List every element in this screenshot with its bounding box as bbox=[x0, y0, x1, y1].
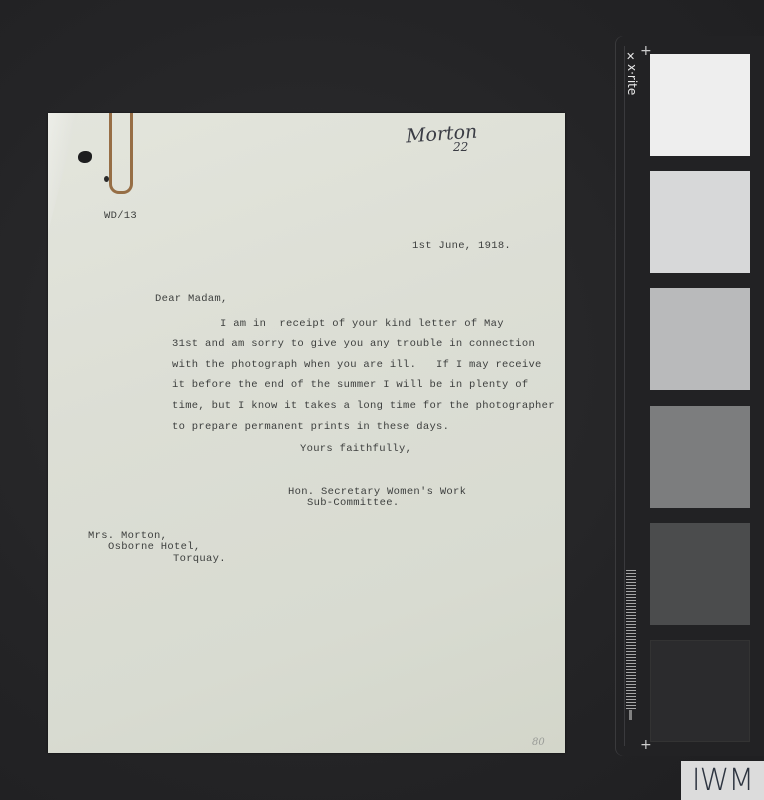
gray-patch-5 bbox=[650, 523, 750, 625]
crosshair-icon-bottom: + bbox=[640, 738, 652, 752]
gray-patch-4 bbox=[650, 406, 750, 508]
body-line-1: I am in receipt of your kind letter of M… bbox=[220, 319, 504, 330]
xrite-logo-icon: ✕ bbox=[626, 50, 635, 63]
rusted-staple-mark bbox=[109, 113, 133, 194]
pencil-mark: 80 bbox=[532, 737, 545, 748]
signature-line-2: Sub-Committee. bbox=[307, 498, 399, 509]
closing: Yours faithfully, bbox=[300, 444, 412, 455]
salutation: Dear Madam, bbox=[155, 294, 228, 305]
scale-ruler bbox=[626, 570, 636, 710]
checker-edge-line bbox=[624, 46, 625, 746]
paper-fold bbox=[48, 113, 78, 233]
body-line-2: 31st and am sorry to give you any troubl… bbox=[172, 339, 535, 350]
recipient-line-1: Mrs. Morton, bbox=[88, 531, 167, 542]
gray-patch-6 bbox=[650, 640, 750, 742]
iwm-watermark: IWM bbox=[681, 761, 764, 800]
letter-date: 1st June, 1918. bbox=[412, 241, 511, 252]
ruler-label bbox=[629, 710, 632, 720]
gray-patch-1 bbox=[650, 54, 750, 156]
brand-text: x·rite bbox=[625, 64, 639, 95]
recipient-line-2: Osborne Hotel, bbox=[108, 542, 200, 553]
punch-hole bbox=[78, 151, 92, 163]
reference-code: WD/13 bbox=[104, 211, 137, 222]
xrite-brand: ✕ x·rite bbox=[622, 50, 642, 110]
body-line-6: to prepare permanent prints in these day… bbox=[172, 422, 449, 433]
gray-patch-3 bbox=[650, 288, 750, 390]
signature-line-1: Hon. Secretary Women's Work bbox=[288, 487, 466, 498]
body-line-3: with the photograph when you are ill. If… bbox=[172, 360, 542, 371]
recipient-line-3: Torquay. bbox=[173, 554, 226, 565]
gray-patch-2 bbox=[650, 171, 750, 273]
color-checker-card: ✕ x·rite + + bbox=[616, 36, 764, 756]
body-line-5: time, but I know it takes a long time fo… bbox=[172, 401, 555, 412]
staple-hole bbox=[104, 176, 109, 182]
letter-page: Morton 22 WD/13 1st June, 1918. Dear Mad… bbox=[48, 113, 565, 753]
body-line-4: it before the end of the summer I will b… bbox=[172, 380, 528, 391]
handwritten-number: 22 bbox=[453, 140, 468, 154]
